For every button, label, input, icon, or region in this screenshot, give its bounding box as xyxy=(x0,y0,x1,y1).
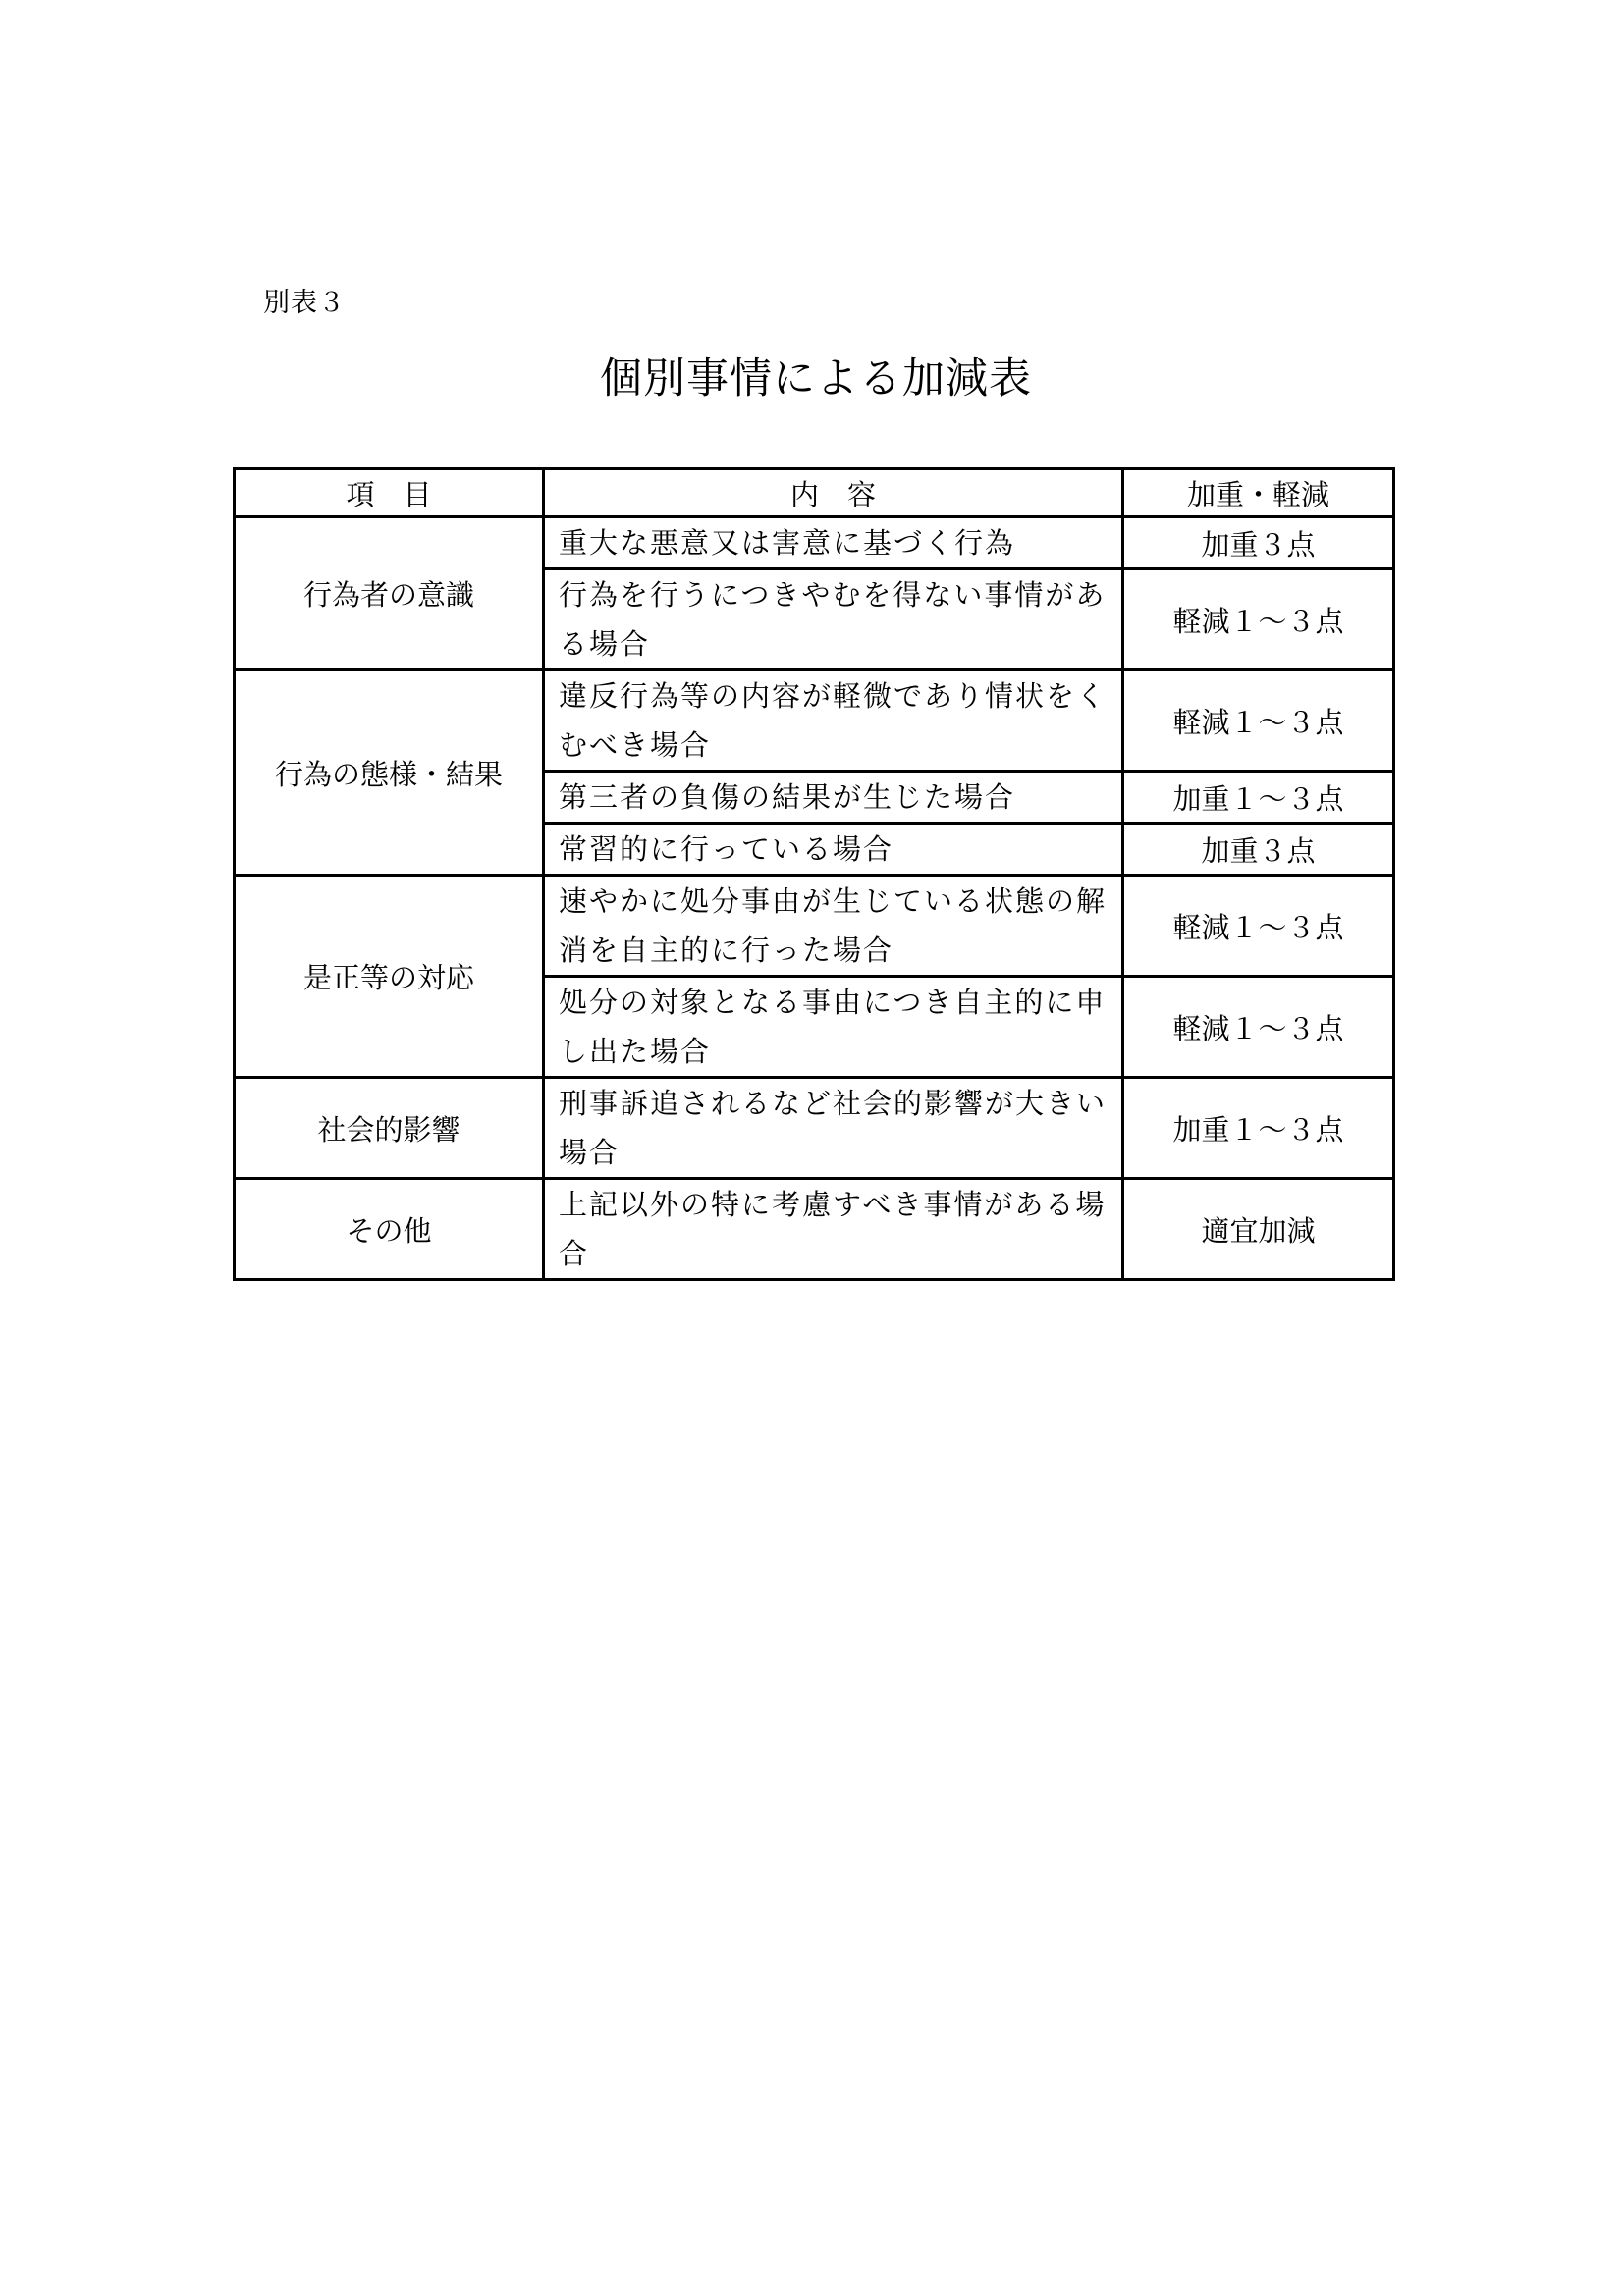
adjustment-table: 項 目 内 容 加重・軽減 行為者の意識 重大な悪意又は害意に基づく行為 加重３… xyxy=(233,467,1395,1281)
content-cell: 第三者の負傷の結果が生じた場合 xyxy=(544,772,1123,824)
points-cell: 加重１～３点 xyxy=(1123,772,1394,824)
points-cell: 適宜加減 xyxy=(1123,1179,1394,1280)
header-item: 項 目 xyxy=(235,469,544,517)
category-cell: 社会的影響 xyxy=(235,1078,544,1179)
header-content: 内 容 xyxy=(544,469,1123,517)
points-cell: 加重３点 xyxy=(1123,824,1394,876)
table-row: その他 上記以外の特に考慮すべき事情がある場合 適宜加減 xyxy=(235,1179,1394,1280)
table-header-row: 項 目 内 容 加重・軽減 xyxy=(235,469,1394,517)
category-cell: 行為者の意識 xyxy=(235,517,544,670)
table-row: 社会的影響 刑事訴追されるなど社会的影響が大きい場合 加重１～３点 xyxy=(235,1078,1394,1179)
table-row: 是正等の対応 速やかに処分事由が生じている状態の解消を自主的に行った場合 軽減１… xyxy=(235,876,1394,977)
category-cell: その他 xyxy=(235,1179,544,1280)
content-cell: 上記以外の特に考慮すべき事情がある場合 xyxy=(544,1179,1123,1280)
points-cell: 軽減１～３点 xyxy=(1123,876,1394,977)
header-points: 加重・軽減 xyxy=(1123,469,1394,517)
content-cell: 行為を行うにつきやむを得ない事情がある場合 xyxy=(544,569,1123,670)
points-cell: 軽減１～３点 xyxy=(1123,569,1394,670)
appendix-label: 別表３ xyxy=(263,281,346,319)
points-cell: 軽減１～３点 xyxy=(1123,977,1394,1078)
content-cell: 重大な悪意又は害意に基づく行為 xyxy=(544,517,1123,569)
content-cell: 速やかに処分事由が生じている状態の解消を自主的に行った場合 xyxy=(544,876,1123,977)
page-title: 個別事情による加減表 xyxy=(0,346,1624,405)
category-cell: 是正等の対応 xyxy=(235,876,544,1078)
table-row: 行為の態様・結果 違反行為等の内容が軽微であり情状をくむべき場合 軽減１～３点 xyxy=(235,670,1394,772)
content-cell: 刑事訴追されるなど社会的影響が大きい場合 xyxy=(544,1078,1123,1179)
table-row: 行為者の意識 重大な悪意又は害意に基づく行為 加重３点 xyxy=(235,517,1394,569)
content-cell: 違反行為等の内容が軽微であり情状をくむべき場合 xyxy=(544,670,1123,772)
category-cell: 行為の態様・結果 xyxy=(235,670,544,876)
points-cell: 加重１～３点 xyxy=(1123,1078,1394,1179)
content-cell: 処分の対象となる事由につき自主的に申し出た場合 xyxy=(544,977,1123,1078)
page-title-text: 個別事情による加減表 xyxy=(600,346,1032,405)
points-cell: 軽減１～３点 xyxy=(1123,670,1394,772)
points-cell: 加重３点 xyxy=(1123,517,1394,569)
content-cell: 常習的に行っている場合 xyxy=(544,824,1123,876)
